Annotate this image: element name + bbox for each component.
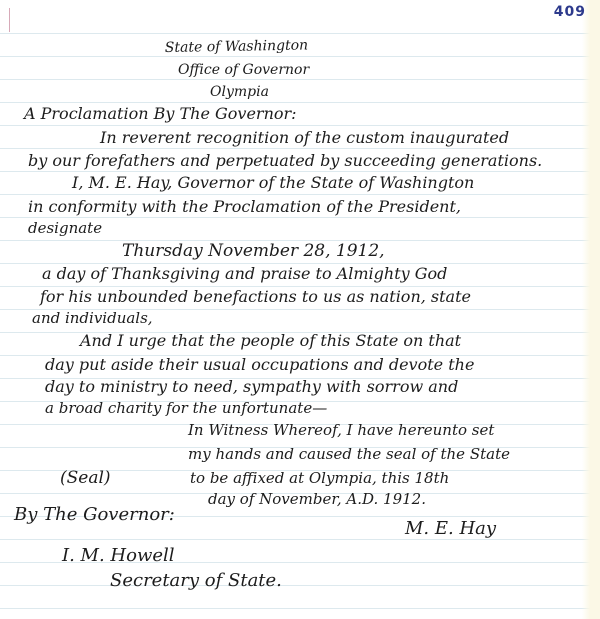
witness-line-3: to be affixed at Olympia, this 18th [190,469,449,487]
body-line-3: I, M. E. Hay, Governor of the State of W… [72,173,474,192]
by-the-governor: By The Governor: [14,504,175,525]
margin-line [9,8,10,32]
secretary-title: Secretary of State. [110,570,282,591]
thanksgiving-line-3: and individuals, [32,309,153,327]
thanksgiving-line-1: a day of Thanksgiving and praise to Almi… [42,264,447,283]
page-number: 409 [554,4,586,20]
header-office: Office of Governor [178,62,309,78]
header-city: Olympia [210,84,269,100]
body-line-2: by our forefathers and perpetuated by su… [28,151,542,170]
proclamation-title: A Proclamation By The Governor: [24,104,297,123]
witness-line-2: my hands and caused the seal of the Stat… [188,445,510,463]
thanksgiving-date: Thursday November 28, 1912, [122,241,385,261]
thanksgiving-line-2: for his unbounded benefactions to us as … [40,287,471,306]
ledger-page: 409 State of Washington Office of Govern… [0,0,600,619]
urge-line-4: a broad charity for the unfortunate— [45,399,327,417]
witness-line-1: In Witness Whereof, I have hereunto set [188,421,494,439]
urge-line-3: day to ministry to need, sympathy with s… [45,377,458,396]
urge-line-1: And I urge that the people of this State… [80,331,461,350]
header-state: State of Washington [165,38,308,56]
body-line-4: in conformity with the Proclamation of t… [28,197,461,216]
body-line-1: In reverent recognition of the custom in… [100,128,509,147]
urge-line-2: day put aside their usual occupations an… [45,355,474,374]
body-line-5: designate [28,219,102,237]
secretary-signature: I. M. Howell [62,545,175,566]
witness-line-4: day of November, A.D. 1912. [208,490,426,508]
governor-signature: M. E. Hay [405,518,496,539]
seal-label: (Seal) [60,468,111,488]
